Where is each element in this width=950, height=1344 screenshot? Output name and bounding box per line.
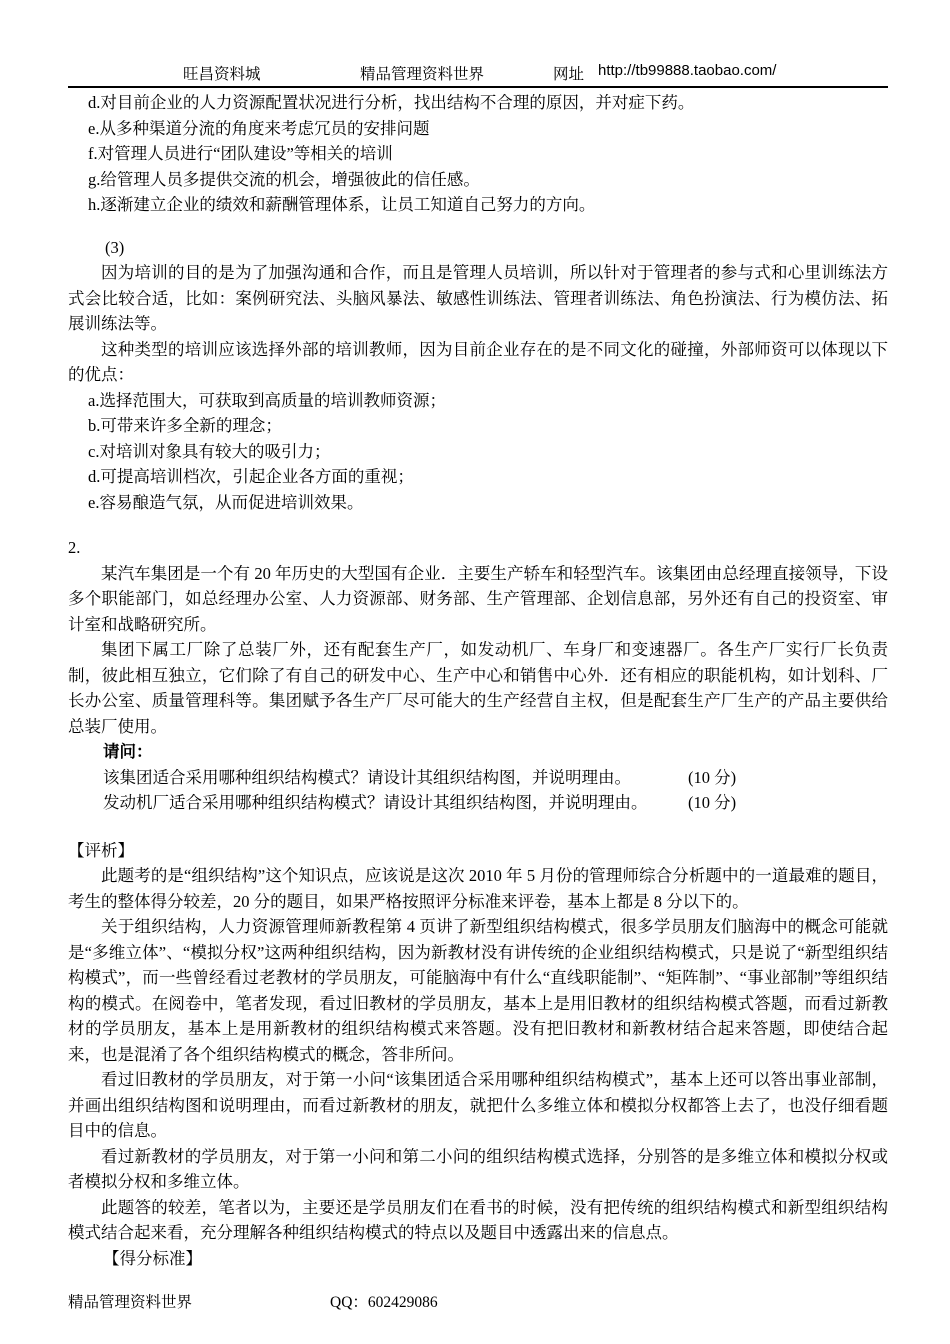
answer-item-h: h.逐渐建立企业的绩效和薪酬管理体系，让员工知道自己努力的方向。 [68, 192, 888, 218]
question-2-paragraph-2: 集团下属工厂除了总装厂外，还有配套生产厂，如发动机厂、车身厂和变速器厂。各生产厂… [68, 637, 888, 739]
footer-site-name: 精品管理资料世界 [68, 1294, 192, 1311]
question-1-score: (10 分) [688, 765, 736, 791]
header-url: http://tb99888.taobao.com/ [598, 62, 776, 79]
section-3-paragraph-1: 因为培训的目的是为了加强沟通和合作，而且是管理人员培训，所以针对于管理者的参与式… [68, 260, 888, 337]
answer-item-d: d.对目前企业的人力资源配置状况进行分析，找出结构不合理的原因，并对症下药。 [68, 90, 888, 116]
advantage-item-c: c.对培训对象具有较大的吸引力； [68, 439, 888, 465]
review-paragraph-2: 关于组织结构，人力资源管理师新教程第 4 页讲了新型组织结构模式，很多学员朋友们… [68, 914, 888, 1067]
review-paragraph-3: 看过旧教材的学员朋友，对于第一小问“该集团适合采用哪种组织结构模式”，基本上还可… [68, 1067, 888, 1144]
answer-item-f: f.对管理人员进行“团队建设”等相关的培训 [68, 141, 888, 167]
advantage-item-e: e.容易酿造气氛，从而促进培训效果。 [68, 490, 888, 516]
question-2-paragraph-1: 某汽车集团是一个有 20 年历史的大型国有企业．主要生产轿车和轻型汽车。该集团由… [68, 561, 888, 638]
answer-item-g: g.给管理人员多提供交流的机会，增强彼此的信任感。 [68, 167, 888, 193]
section-3-paragraph-2: 这种类型的培训应该选择外部的培训教师，因为目前企业存在的是不同文化的碰撞，外部师… [68, 337, 888, 388]
footer-qq: QQ：602429086 [330, 1290, 438, 1312]
footer-qq-number: 602429086 [368, 1294, 438, 1311]
header-url-label: 网址 [553, 62, 584, 84]
advantage-item-b: b.可带来许多全新的理念； [68, 413, 888, 439]
document-content: 旺昌资料城 精品管理资料世界 网址 http://tb99888.taobao.… [68, 0, 888, 1271]
question-line-1: 该集团适合采用哪种组织结构模式？请设计其组织结构图，并说明理由。 (10 分) [68, 765, 888, 791]
header-site-name-2: 精品管理资料世界 [360, 62, 484, 84]
answer-item-e: e.从多种渠道分流的角度来考虑冗员的安排问题 [68, 116, 888, 142]
footer-qq-label: QQ： [330, 1294, 368, 1311]
question-2-text: 发动机厂适合采用哪种组织结构模式？请设计其组织结构图，并说明理由。 [103, 793, 648, 812]
review-paragraph-5: 此题答的较差，笔者以为，主要还是学员朋友们在看书的时候，没有把传统的组织结构模式… [68, 1195, 888, 1246]
question-1-text: 该集团适合采用哪种组织结构模式？请设计其组织结构图，并说明理由。 [103, 768, 631, 787]
section-3-label: (3) [68, 235, 888, 261]
advantage-item-a: a.选择范围大，可获取到高质量的培训教师资源； [68, 388, 888, 414]
review-paragraph-1: 此题考的是“组织结构”这个知识点，应该说是这次 2010 年 5 月份的管理师综… [68, 863, 888, 914]
document-page: 旺昌资料城 精品管理资料世界 网址 http://tb99888.taobao.… [0, 0, 950, 1344]
advantage-item-d: d.可提高培训档次，引起企业各方面的重视； [68, 464, 888, 490]
page-header: 旺昌资料城 精品管理资料世界 网址 http://tb99888.taobao.… [68, 62, 888, 88]
question-2-score: (10 分) [688, 790, 736, 816]
review-section-label: 【评析】 [68, 838, 888, 864]
page-footer: 精品管理资料世界 QQ：602429086 [68, 1290, 888, 1312]
question-2-number: 2. [68, 535, 888, 561]
header-site-name-1: 旺昌资料城 [183, 62, 261, 84]
review-paragraph-4: 看过新教材的学员朋友，对于第一小问和第二小问的组织结构模式选择，分别答的是多维立… [68, 1144, 888, 1195]
ask-label: 请问： [68, 739, 888, 765]
document-body: d.对目前企业的人力资源配置状况进行分析，找出结构不合理的原因，并对症下药。 e… [68, 90, 888, 1271]
question-line-2: 发动机厂适合采用哪种组织结构模式？请设计其组织结构图，并说明理由。 (10 分) [68, 790, 888, 816]
score-standard-label: 【得分标准】 [68, 1246, 888, 1272]
